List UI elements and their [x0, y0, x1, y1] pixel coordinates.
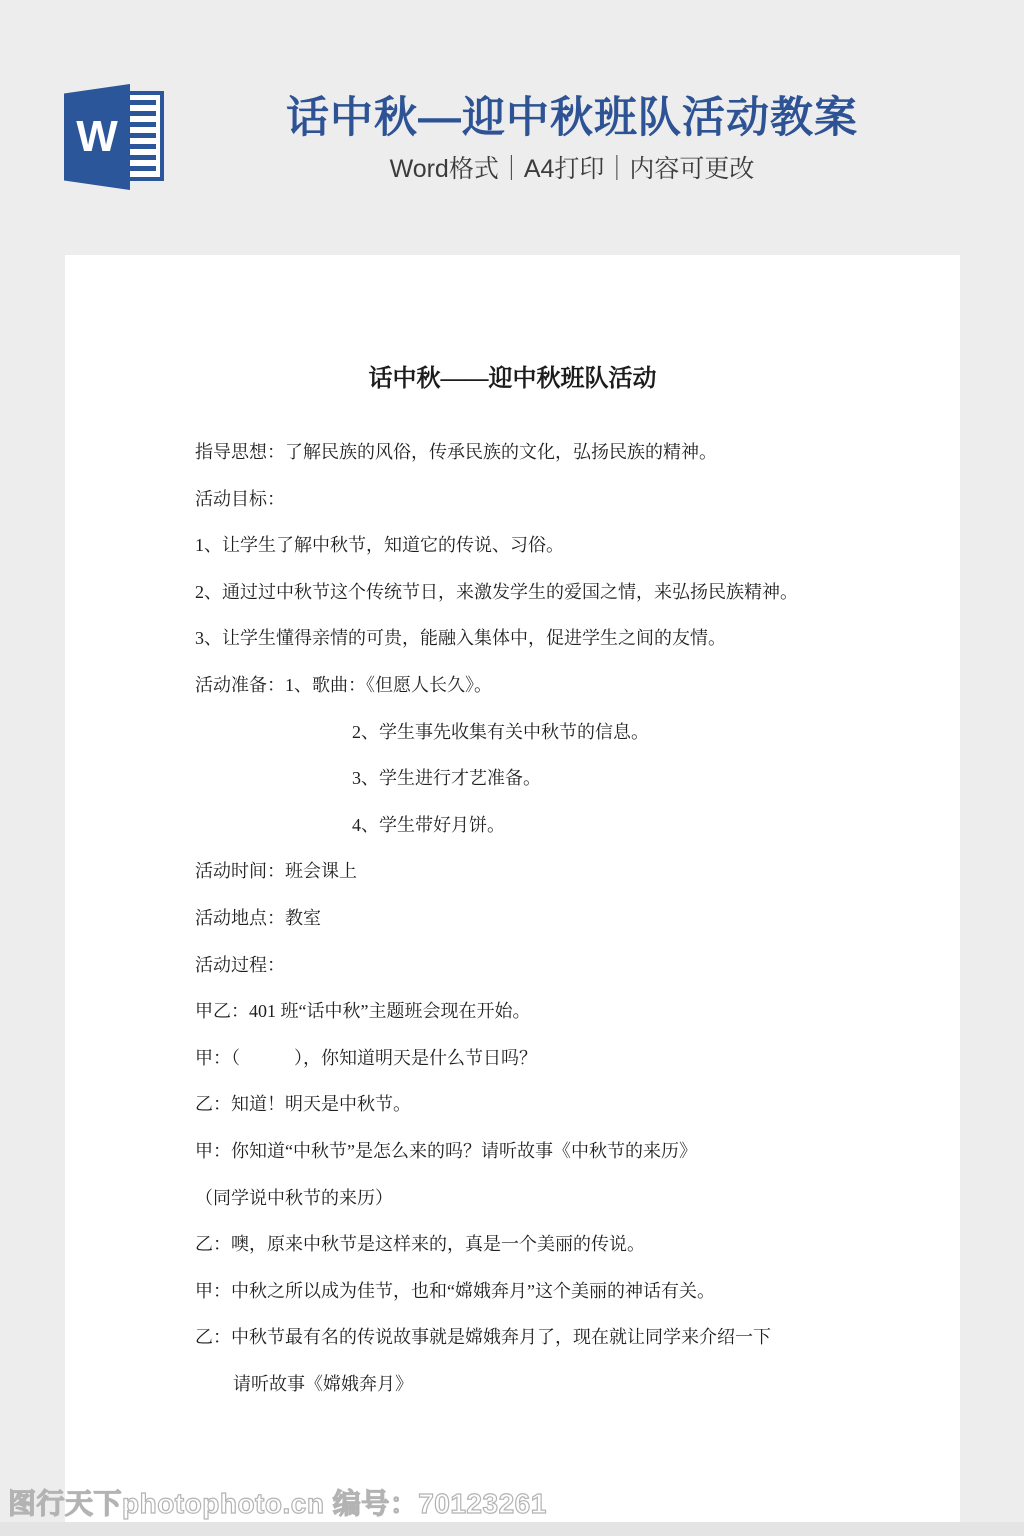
doc-paragraph: 3、让学生懂得亲情的可贵，能融入集体中，促进学生之间的友情。 — [195, 615, 870, 662]
document-body: 指导思想：了解民族的风俗，传承民族的文化，弘扬民族的精神。活动目标：1、让学生了… — [65, 429, 960, 1407]
page-title: 话中秋—迎中秋班队活动教案 — [160, 92, 984, 144]
doc-paragraph: 活动地点：教室 — [195, 895, 870, 942]
watermark-text: 图行天下photophoto.cn 编号：70123261 — [8, 1482, 547, 1522]
doc-paragraph: 活动时间：班会课上 — [195, 848, 870, 895]
document-page: 话中秋——迎中秋班队活动 指导思想：了解民族的风俗，传承民族的文化，弘扬民族的精… — [65, 255, 960, 1522]
footer-strip — [0, 1522, 1024, 1536]
doc-paragraph: 甲：（ ），你知道明天是什么节日吗？ — [195, 1035, 870, 1082]
doc-paragraph: 2、通过过中秋节这个传统节日，来激发学生的爱国之情，来弘扬民族精神。 — [195, 569, 870, 616]
doc-paragraph: 活动准备：1、歌曲：《但愿人长久》。 — [195, 662, 870, 709]
doc-paragraph: 乙：知道！明天是中秋节。 — [195, 1081, 870, 1128]
doc-paragraph: 活动目标： — [195, 476, 870, 523]
word-icon-w-panel: W — [64, 84, 130, 190]
doc-paragraph: 3、学生进行才艺准备。 — [352, 755, 870, 802]
doc-paragraph: 请听故事《嫦娥奔月》 — [233, 1361, 870, 1408]
document-title: 话中秋——迎中秋班队活动 — [65, 255, 960, 395]
header-text-block: 话中秋—迎中秋班队活动教案 Word格式｜A4打印｜内容可更改 — [160, 92, 984, 184]
doc-paragraph: 乙：中秋节最有名的传说故事就是嫦娥奔月了，现在就让同学来介绍一下 — [195, 1314, 870, 1361]
doc-paragraph: 活动过程： — [195, 942, 870, 989]
doc-paragraph: 1、让学生了解中秋节，知道它的传说、习俗。 — [195, 522, 870, 569]
doc-paragraph: 甲：你知道“中秋节”是怎么来的吗？请听故事《中秋节的来历》 — [195, 1128, 870, 1175]
preview-header: W 话中秋—迎中秋班队活动教案 Word格式｜A4打印｜内容可更改 — [0, 0, 1024, 255]
doc-paragraph: 2、学生事先收集有关中秋节的信息。 — [352, 709, 870, 756]
doc-paragraph: 4、学生带好月饼。 — [352, 802, 870, 849]
doc-paragraph: 指导思想：了解民族的风俗，传承民族的文化，弘扬民族的精神。 — [195, 429, 870, 476]
doc-paragraph: 甲：中秋之所以成为佳节，也和“嫦娥奔月”这个美丽的神话有关。 — [195, 1268, 870, 1315]
doc-paragraph: 乙：噢，原来中秋节是这样来的，真是一个美丽的传说。 — [195, 1221, 870, 1268]
page-subtitle: Word格式｜A4打印｜内容可更改 — [160, 154, 984, 184]
word-file-icon: W — [64, 84, 164, 190]
doc-paragraph: 甲乙：401 班“话中秋”主题班会现在开始。 — [195, 988, 870, 1035]
doc-paragraph: （同学说中秋节的来历） — [195, 1175, 870, 1222]
